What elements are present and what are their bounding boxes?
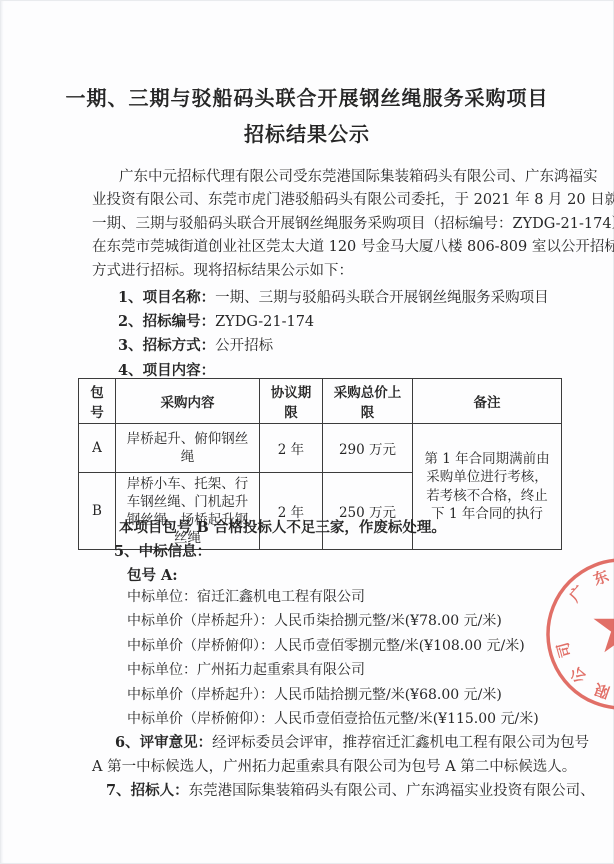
table-header-row: 包号 采购内容 协议期限 采购总价上限 备注 bbox=[79, 379, 562, 424]
tenderer-value: 东莞港国际集装箱码头有限公司、广东鸿福实业投资有限公司、 bbox=[189, 783, 595, 799]
review-label: 6、评审意见： bbox=[115, 734, 212, 751]
item-project-name-value: 一期、三期与驳船码头联合开展钢丝绳服务采购项目 bbox=[215, 290, 549, 306]
col-header-price-cap: 采购总价上限 bbox=[323, 379, 413, 424]
col-header-content: 采购内容 bbox=[116, 379, 260, 424]
invalid-bid-note: 本项目包号 B 合格投标人不足三家，作废标处理。 bbox=[119, 516, 446, 537]
document-title-line1: 一期、三期与驳船码头联合开展钢丝绳服务采购项目 bbox=[0, 80, 614, 116]
svg-text:东: 东 bbox=[591, 567, 611, 589]
document-title: 一期、三期与驳船码头联合开展钢丝绳服务采购项目 招标结果公示 bbox=[0, 80, 614, 152]
text-line: 中标单价（岸桥起升）：人民币陆拾捌元整/米(¥68.00 元/米) bbox=[127, 683, 539, 707]
seal-star-icon bbox=[594, 598, 614, 652]
text-line: 中标单位：宿迁汇鑫机电工程有限公司 bbox=[127, 585, 539, 609]
numbered-items: 1、项目名称：一期、三期与驳船码头联合开展钢丝绳服务采购项目 2、招标编号：ZY… bbox=[118, 286, 549, 383]
svg-text:公: 公 bbox=[566, 663, 590, 687]
award-package-label: 包号 A: bbox=[127, 564, 178, 585]
item-tender-method-value: 公开招标 bbox=[215, 338, 273, 354]
svg-text:广: 广 bbox=[566, 582, 589, 605]
review-line2: A 第一中标候选人，广州拓力起重索具有限公司为包号 A 第二中标候选人。 bbox=[92, 755, 589, 779]
cell-cap-b: 250 万元 bbox=[323, 473, 413, 550]
item-tender-number: 2、招标编号：ZYDG-21-174 bbox=[118, 310, 549, 334]
company-seal: 广东中元招标代理有限公司 bbox=[540, 550, 614, 730]
text-line: 中标单价（岸桥起升）：人民币柒拾捌元整/米(¥78.00 元/米) bbox=[127, 609, 539, 633]
text-line: 中标单位：广州拓力起重索具有限公司 bbox=[127, 658, 539, 682]
text-line: 广东中元招标代理有限公司受东莞港国际集装箱码头有限公司、广东鸿福实 bbox=[92, 166, 544, 189]
table-row: A 岸桥起升、俯仰钢丝绳 2 年 290 万元 第 1 年合同期满前由采购单位进… bbox=[79, 424, 562, 473]
award-detail-lines: 中标单位：宿迁汇鑫机电工程有限公司中标单价（岸桥起升）：人民币柒拾捌元整/米(¥… bbox=[127, 585, 539, 731]
item-tender-number-value: ZYDG-21-174 bbox=[215, 314, 314, 330]
text-line: 方式进行招标。现将招标结果公示如下： bbox=[92, 260, 544, 283]
text-line: 中标单价（岸桥俯仰）：人民币壹佰壹拾伍元整/米(¥115.00 元/米) bbox=[127, 707, 539, 731]
intro-paragraph: 广东中元招标代理有限公司受东莞港国际集装箱码头有限公司、广东鸿福实业投资有限公司… bbox=[92, 166, 544, 283]
text-line: 在东莞市莞城街道创业社区莞太大道 120 号金马大厦八楼 806-809 室以公… bbox=[92, 236, 544, 259]
item-project-name: 1、项目名称：一期、三期与驳船码头联合开展钢丝绳服务采购项目 bbox=[118, 286, 549, 310]
col-header-package: 包号 bbox=[79, 379, 116, 424]
review-line1-text: 经评标委员会评审，推荐宿迁汇鑫机电工程有限公司为包号 bbox=[212, 735, 589, 751]
svg-text:限: 限 bbox=[592, 680, 612, 702]
cell-package-a: A bbox=[79, 424, 116, 473]
item-tender-method-label: 3、招标方式： bbox=[118, 337, 215, 354]
text-line: 业投资有限公司、东莞市虎门港驳船码头有限公司委托，于 2021 年 8 月 20… bbox=[92, 189, 544, 212]
cell-term-a: 2 年 bbox=[260, 424, 323, 473]
tenderer-line: 7、招标人：东莞港国际集装箱码头有限公司、广东鸿福实业投资有限公司、 bbox=[92, 779, 595, 800]
award-info-heading: 5、中标信息： bbox=[114, 540, 211, 561]
review-opinion: 6、评审意见：经评标委员会评审，推荐宿迁汇鑫机电工程有限公司为包号 A 第一中标… bbox=[92, 731, 589, 779]
item-project-name-label: 1、项目名称： bbox=[118, 289, 215, 306]
document-title-line2: 招标结果公示 bbox=[0, 116, 614, 152]
cell-package-b: B bbox=[79, 473, 116, 550]
col-header-term: 协议期限 bbox=[260, 379, 323, 424]
item-project-content-label: 4、项目内容： bbox=[118, 362, 215, 379]
seal-ring-text: 广东中元招标代理有限公司 bbox=[554, 565, 614, 704]
cell-content-a: 岸桥起升、俯仰钢丝绳 bbox=[116, 424, 260, 473]
col-header-remark: 备注 bbox=[413, 379, 562, 424]
document-page: 一期、三期与驳船码头联合开展钢丝绳服务采购项目 招标结果公示 广东中元招标代理有… bbox=[0, 0, 614, 864]
cell-cap-a: 290 万元 bbox=[323, 424, 413, 473]
svg-text:司: 司 bbox=[554, 640, 575, 659]
item-tender-method: 3、招标方式：公开招标 bbox=[118, 334, 549, 358]
text-line: 中标单价（岸桥俯仰）：人民币壹佰零捌元整/米(¥108.00 元/米) bbox=[127, 634, 539, 658]
text-line: 一期、三期与驳船码头联合开展钢丝绳服务采购项目（招标编号：ZYDG-21-174… bbox=[92, 213, 544, 236]
item-tender-number-label: 2、招标编号： bbox=[118, 313, 215, 330]
tenderer-label: 7、招标人： bbox=[106, 782, 189, 799]
cell-content-b: 岸桥小车、托架、行车钢丝绳、门机起升钢丝绳、场桥起升钢丝绳 bbox=[116, 473, 260, 550]
review-line1: 6、评审意见：经评标委员会评审，推荐宿迁汇鑫机电工程有限公司为包号 bbox=[92, 731, 589, 755]
cell-term-b: 2 年 bbox=[260, 473, 323, 550]
